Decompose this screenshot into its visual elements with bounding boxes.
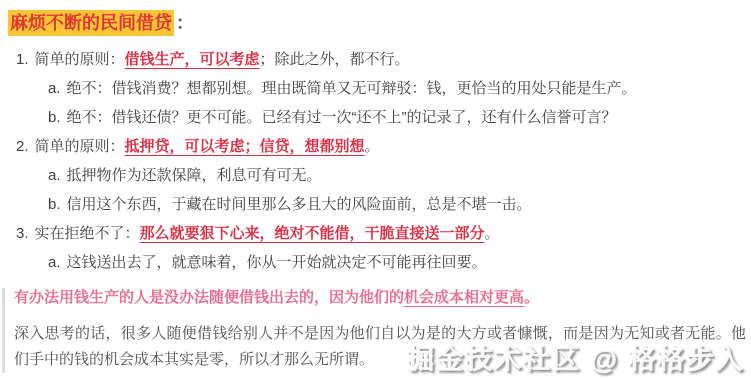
list-item-2a: a.抵押物作为还款保障，利息可有可无。 [8,166,745,186]
list-item-3-number: 3. [16,225,29,242]
list-item-2b-letter: b. [48,196,61,213]
list-item-2a-text: 抵押物作为还款保障，利息可有可无。 [67,167,322,184]
page-title: 麻烦不断的民间借贷 [8,10,174,36]
document-title-line: 麻烦不断的民间借贷： [8,10,745,38]
list-item-3a: a.这钱送出去了，就意味着，你从一开始就决定不可能再往回要。 [8,253,745,273]
pink-note: 有办法用钱生产的人是没办法随便借钱出去的，因为他们的机会成本相对更高。 [14,288,745,308]
list-item-1b-letter: b. [48,109,61,126]
closing-paragraph: 深入思考的话，很多人随便借钱给别人并不是因为他们自以为是的大方或者慷慨，而是因为… [14,321,746,373]
list-item-1b: b.绝不：借钱还债？更不可能。已经有过一次“还不上”的记录了，还有什么信誉可言？ [8,108,745,128]
list-item-1a-letter: a. [48,80,61,97]
document-page: 麻烦不断的民间借贷： 1.简单的原则：借钱生产，可以考虑；除此之外，都不行。 a… [0,0,751,379]
list-item-2a-letter: a. [48,167,61,184]
list-item-3a-text: 这钱送出去了，就意味着，你从一开始就决定不可能再往回要。 [67,254,487,271]
list-item-1-suffix: ；除此之外，都不行。 [260,51,410,68]
note-blockquote: 有办法用钱生产的人是没办法随便借钱出去的，因为他们的机会成本相对更高。 深入思考… [2,288,745,373]
list-item-1-highlight: 借钱生产，可以考虑 [125,51,260,68]
list-item-3-suffix: 。 [485,225,500,242]
pink-note-underlined: 机会成本相对更高 [404,289,524,306]
list-item-2-prefix: 简单的原则： [35,138,125,155]
list-item-3-highlight: 那么就要狠下心来，绝对不能借，干脆直接送一部分 [140,225,485,242]
list-item-2b: b.信用这个东西，于藏在时间里那么多且大的风险面前，总是不堪一击。 [8,195,745,215]
list-item-3-prefix: 实在拒绝不了： [35,225,140,242]
list-item-1a-text: 绝不：借钱消费？想都别想。理由既简单又无可辩驳：钱，更恰当的用处只能是生产。 [67,80,637,97]
list-item-1: 1.简单的原则：借钱生产，可以考虑；除此之外，都不行。 [8,50,745,70]
list-item-1-prefix: 简单的原则： [35,51,125,68]
pink-note-suffix: 。 [524,289,539,306]
list-item-3a-letter: a. [48,254,61,271]
list-item-3: 3.实在拒绝不了：那么就要狠下心来，绝对不能借，干脆直接送一部分。 [8,224,745,244]
list-item-2-number: 2. [16,138,29,155]
list-item-2b-text: 信用这个东西，于藏在时间里那么多且大的风险面前，总是不堪一击。 [67,196,532,213]
pink-note-prefix: 有办法用钱生产的人是没办法随便借钱出去的，因为他们的 [14,289,404,306]
list-item-2-highlight: 抵押贷，可以考虑；信贷，想都别想 [125,138,365,155]
list-item-2-suffix: 。 [365,138,380,155]
list-item-2: 2.简单的原则：抵押贷，可以考虑；信贷，想都别想。 [8,137,745,157]
title-colon: ： [176,13,194,33]
list-item-1-number: 1. [16,51,29,68]
list-item-1a: a.绝不：借钱消费？想都别想。理由既简单又无可辩驳：钱，更恰当的用处只能是生产。 [8,79,745,99]
list-item-1b-text: 绝不：借钱还债？更不可能。已经有过一次“还不上”的记录了，还有什么信誉可言？ [67,109,617,126]
